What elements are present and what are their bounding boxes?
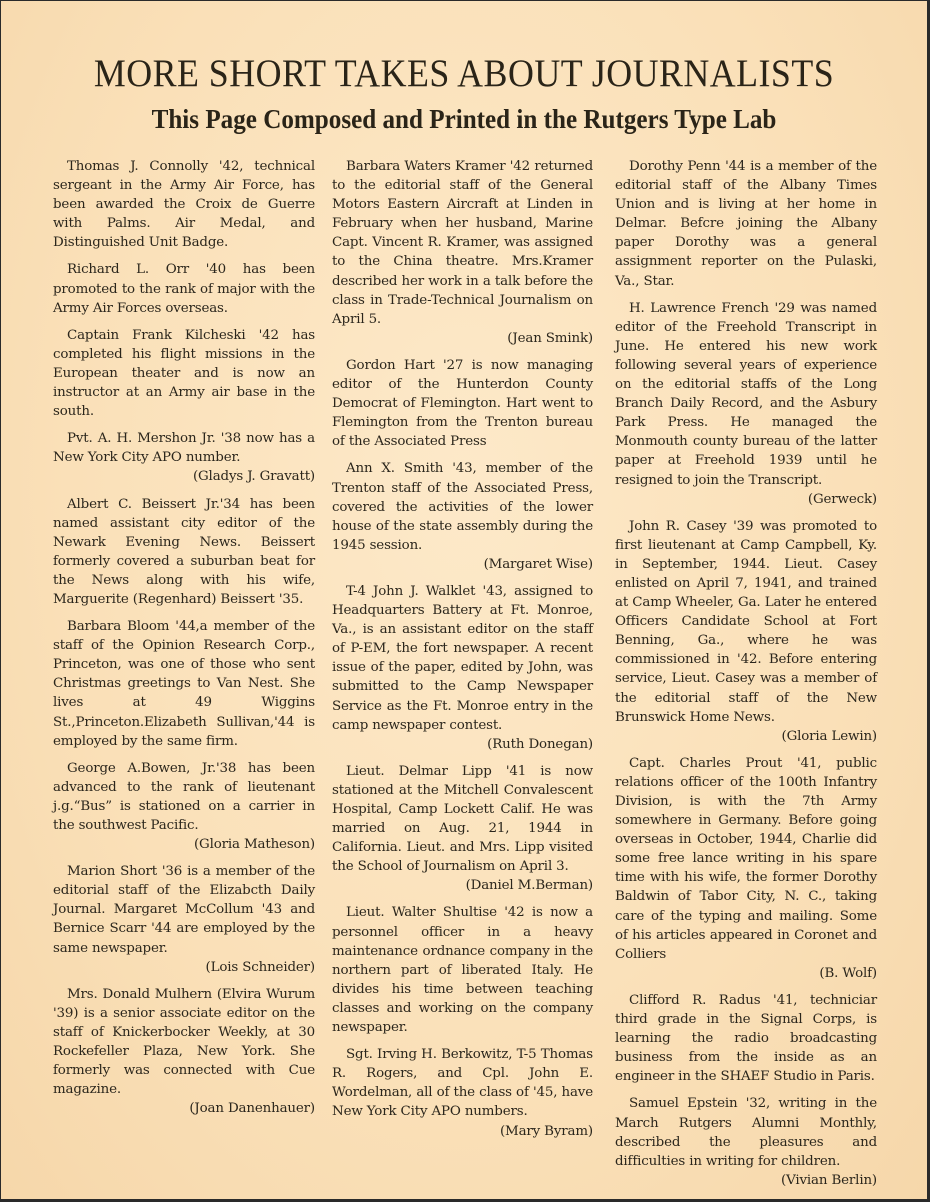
- news-item: Richard L. Orr '40 has been promoted to …: [53, 260, 315, 317]
- page-subheadline: This Page Composed and Printed in the Ru…: [33, 104, 894, 135]
- news-item: Capt. Charles Prout '41, public relation…: [615, 754, 877, 983]
- news-item-credit: (Joan Danenhauer): [53, 1099, 315, 1118]
- news-item-text: Barbara Bloom '44,a member of the staff …: [53, 617, 315, 751]
- news-item-text: Richard L. Orr '40 has been promoted to …: [53, 260, 315, 317]
- news-item: Lieut. Delmar Lipp '41 is now stationed …: [332, 762, 593, 896]
- news-item: H. Lawrence French '29 was named editor …: [615, 299, 877, 509]
- news-item: Barbara Bloom '44,a member of the staff …: [53, 617, 315, 751]
- news-item-text: Gordon Hart '27 is now managing editor o…: [332, 356, 593, 451]
- news-item: John R. Casey '39 was promoted to first …: [615, 517, 877, 746]
- news-item-text: Capt. Charles Prout '41, public relation…: [615, 754, 877, 964]
- news-item-text: John R. Casey '39 was promoted to first …: [615, 517, 877, 727]
- news-item-text: Pvt. A. H. Mershon Jr. '38 now has a New…: [53, 429, 315, 467]
- news-item-credit: (Vivian Berlin): [615, 1171, 877, 1190]
- news-item-text: Captain Frank Kilcheski '42 has complete…: [53, 326, 315, 421]
- news-item: Clifford R. Radus '41, techniciar third …: [615, 991, 877, 1086]
- news-item: Dorothy Penn '44 is a member of the edit…: [615, 157, 877, 291]
- news-item-text: Samuel Epstein '32, writing in the March…: [615, 1094, 877, 1170]
- news-item: Ann X. Smith '43, member of the Trenton …: [332, 459, 593, 574]
- news-item: Marion Short '36 is a member of the edit…: [53, 862, 315, 977]
- newspaper-page: MORE SHORT TAKES ABOUT JOURNALISTS This …: [1, 1, 927, 1199]
- news-item-credit: (Jean Smink): [332, 329, 593, 348]
- news-item-text: Lieut. Walter Shultise '42 is now a pers…: [332, 903, 593, 1037]
- news-item: Barbara Waters Kramer '42 returned to th…: [332, 157, 593, 348]
- news-item: Mrs. Donald Mulhern (Elvira Wurum '39) i…: [53, 985, 315, 1119]
- news-item: Albert C. Beissert Jr.'34 has been named…: [53, 495, 315, 610]
- news-item-text: George A.Bowen, Jr.'38 has been advanced…: [53, 759, 315, 835]
- page-headline: MORE SHORT TAKES ABOUT JOURNALISTS: [38, 51, 890, 96]
- news-item-credit: (Ruth Donegan): [332, 735, 593, 754]
- news-item-credit: (Gloria Lewin): [615, 727, 877, 746]
- news-item-text: Thomas J. Connolly '42, technical sergea…: [53, 157, 315, 252]
- news-item-text: Clifford R. Radus '41, techniciar third …: [615, 991, 877, 1086]
- column-3: Dorothy Penn '44 is a member of the edit…: [615, 157, 877, 1198]
- news-item-credit: (Daniel M.Berman): [332, 876, 593, 895]
- news-item: Pvt. A. H. Mershon Jr. '38 now has a New…: [53, 429, 315, 486]
- column-1: Thomas J. Connolly '42, technical sergea…: [53, 157, 315, 1126]
- news-item: Captain Frank Kilcheski '42 has complete…: [53, 326, 315, 421]
- news-item: George A.Bowen, Jr.'38 has been advanced…: [53, 759, 315, 854]
- news-item-text: Barbara Waters Kramer '42 returned to th…: [332, 157, 593, 329]
- news-item-credit: (Mary Byram): [332, 1122, 593, 1141]
- news-item-text: H. Lawrence French '29 was named editor …: [615, 299, 877, 490]
- column-2: Barbara Waters Kramer '42 returned to th…: [332, 157, 593, 1149]
- news-item: Lieut. Walter Shultise '42 is now a pers…: [332, 903, 593, 1037]
- news-item-text: Ann X. Smith '43, member of the Trenton …: [332, 459, 593, 554]
- news-item: T-4 John J. Walklet '43, assigned to Hea…: [332, 582, 593, 754]
- news-item-credit: (Gladys J. Gravatt): [53, 467, 315, 486]
- news-item-credit: (B. Wolf): [615, 964, 877, 983]
- news-item-text: Albert C. Beissert Jr.'34 has been named…: [53, 495, 315, 610]
- news-item-text: Marion Short '36 is a member of the edit…: [53, 862, 315, 957]
- news-item-text: Dorothy Penn '44 is a member of the edit…: [615, 157, 877, 291]
- news-item-credit: (Gerweck): [615, 490, 877, 509]
- news-item-text: T-4 John J. Walklet '43, assigned to Hea…: [332, 582, 593, 735]
- news-item-text: Lieut. Delmar Lipp '41 is now stationed …: [332, 762, 593, 877]
- news-item-credit: (Gloria Matheson): [53, 835, 315, 854]
- news-item-text: Mrs. Donald Mulhern (Elvira Wurum '39) i…: [53, 985, 315, 1100]
- news-item: Thomas J. Connolly '42, technical sergea…: [53, 157, 315, 252]
- news-item: Gordon Hart '27 is now managing editor o…: [332, 356, 593, 451]
- news-item-credit: (Lois Schneider): [53, 958, 315, 977]
- news-item-credit: (Margaret Wise): [332, 555, 593, 574]
- news-item: Sgt. Irving H. Berkowitz, T-5 Thomas R. …: [332, 1045, 593, 1140]
- news-item: Samuel Epstein '32, writing in the March…: [615, 1094, 877, 1189]
- news-item-text: Sgt. Irving H. Berkowitz, T-5 Thomas R. …: [332, 1045, 593, 1121]
